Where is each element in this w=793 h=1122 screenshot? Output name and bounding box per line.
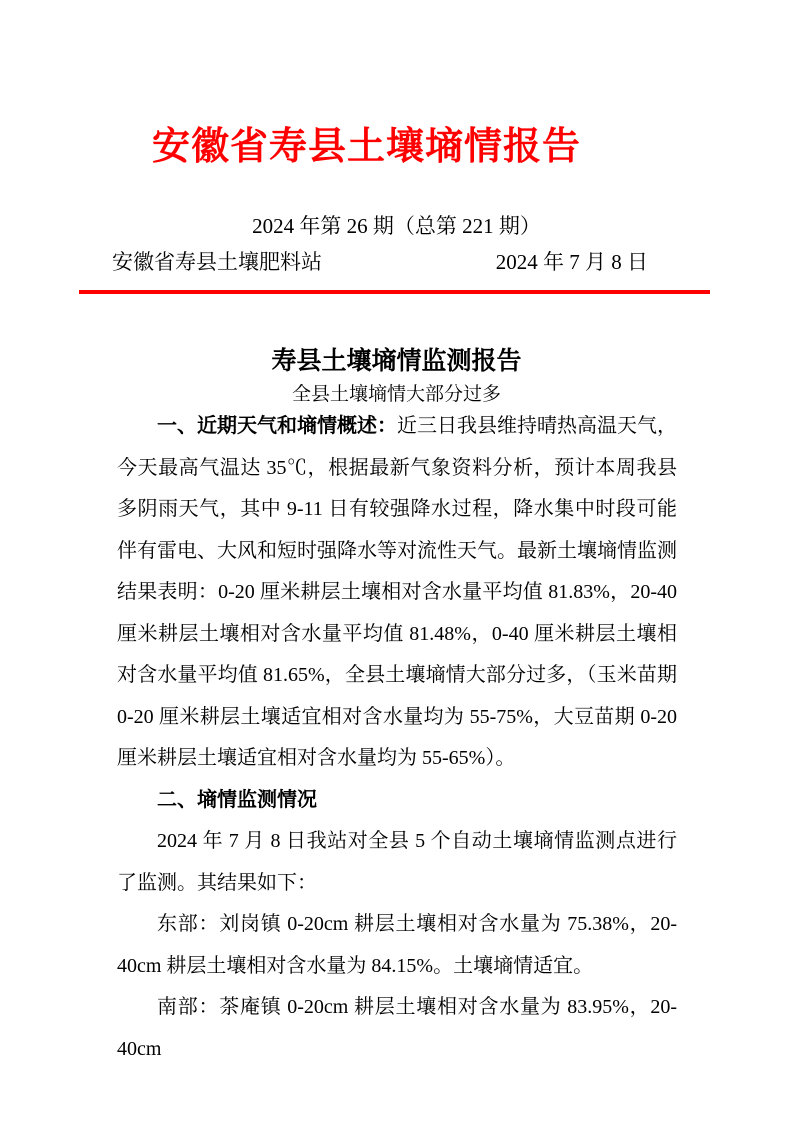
report-body: 一、近期天气和墒情概述：近三日我县维持晴热高温天气，今天最高气温达 35℃，根据… bbox=[117, 406, 677, 1070]
monitoring-intro-paragraph: 2024 年 7 月 8 日我站对全县 5 个自动土壤墒情监测点进行了监测。其结… bbox=[117, 821, 677, 904]
section-1-lead: 一、近期天气和墒情概述： bbox=[157, 415, 397, 437]
publish-date: 2024 年 7 月 8 日 bbox=[496, 251, 648, 274]
red-divider-line bbox=[79, 290, 710, 294]
section-1-paragraph: 一、近期天气和墒情概述：近三日我县维持晴热高温天气，今天最高气温达 35℃，根据… bbox=[117, 406, 677, 780]
south-result-paragraph: 南部：茶庵镇 0-20cm 耕层土壤相对含水量为 83.95%，20-40cm bbox=[117, 987, 677, 1070]
issue-line: 2024 年第 26 期（总第 221 期） bbox=[0, 215, 793, 238]
document-title: 安徽省寿县土壤墒情报告 bbox=[0, 126, 763, 170]
report-subtitle: 全县土壤墒情大部分过多 bbox=[0, 384, 793, 406]
publisher-row: 安徽省寿县土壤肥料站 2024 年 7 月 8 日 bbox=[112, 251, 648, 274]
publisher-name: 安徽省寿县土壤肥料站 bbox=[112, 251, 322, 274]
section-1-body: 近三日我县维持晴热高温天气，今天最高气温达 35℃，根据最新气象资料分析，预计本… bbox=[117, 415, 677, 769]
east-result-paragraph: 东部：刘岗镇 0-20cm 耕层土壤相对含水量为 75.38%，20-40cm … bbox=[117, 904, 677, 987]
section-2-heading: 二、墒情监测情况 bbox=[117, 780, 677, 822]
document-page: 安徽省寿县土壤墒情报告 2024 年第 26 期（总第 221 期） 安徽省寿县… bbox=[0, 0, 793, 1122]
report-title: 寿县土壤墒情监测报告 bbox=[0, 348, 793, 377]
